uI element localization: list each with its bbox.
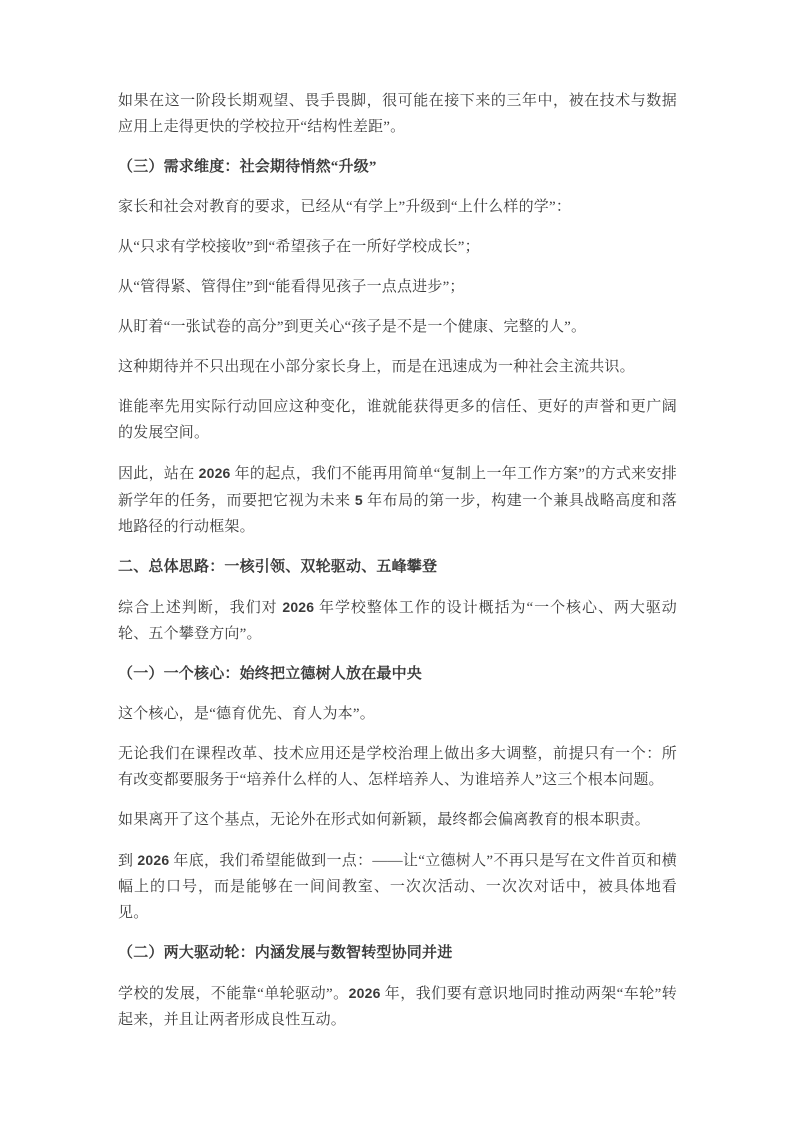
- paragraph: 如果离开了这个基点，无论外在形式如何新颖，最终都会偏离教育的根本职责。: [118, 807, 677, 833]
- paragraph: 因此，站在 2026 年的起点，我们不能再用简单“复制上一年工作方案”的方式来安…: [118, 460, 677, 540]
- paragraph: 从盯着“一张试卷的高分”到更关心“孩子是不是一个健康、完整的人”。: [118, 314, 677, 340]
- paragraph: 这种期待并不只出现在小部分家长身上，而是在迅速成为一种社会主流共识。: [118, 354, 677, 380]
- paragraph: 家长和社会对教育的要求，已经从“有学上”升级到“上什么样的学”：: [118, 194, 677, 220]
- section-heading: （一）一个核心：始终把立德树人放在最中央: [118, 661, 677, 687]
- chapter-heading: 二、总体思路：一核引领、双轮驱动、五峰攀登: [118, 554, 677, 580]
- paragraph: 如果在这一阶段长期观望、畏手畏脚，很可能在接下来的三年中，被在技术与数据应用上走…: [118, 88, 677, 140]
- paragraph: 学校的发展，不能靠“单轮驱动”。2026 年，我们要有意识地同时推动两架“车轮”…: [118, 980, 677, 1033]
- section-heading: （三）需求维度：社会期待悄然“升级”: [118, 154, 677, 180]
- paragraph: 谁能率先用实际行动回应这种变化，谁就能获得更多的信任、更好的声誉和更广阔的发展空…: [118, 394, 677, 446]
- paragraph: 综合上述判断，我们对 2026 年学校整体工作的设计概括为“一个核心、两大驱动轮…: [118, 594, 677, 647]
- section-heading: （二）两大驱动轮：内涵发展与数智转型协同并进: [118, 940, 677, 966]
- paragraph: 从“管得紧、管得住”到“能看得见孩子一点点进步”；: [118, 274, 677, 300]
- paragraph: 这个核心，是“德育优先、育人为本”。: [118, 701, 677, 727]
- paragraph: 到 2026 年底，我们希望能做到一点：——让“立德树人”不再只是写在文件首页和…: [118, 847, 677, 926]
- paragraph: 从“只求有学校接收”到“希望孩子在一所好学校成长”；: [118, 234, 677, 260]
- paragraph: 无论我们在课程改革、技术应用还是学校治理上做出多大调整，前提只有一个：所有改变都…: [118, 741, 677, 793]
- document-page: 如果在这一阶段长期观望、畏手畏脚，很可能在接下来的三年中，被在技术与数据应用上走…: [0, 0, 793, 1122]
